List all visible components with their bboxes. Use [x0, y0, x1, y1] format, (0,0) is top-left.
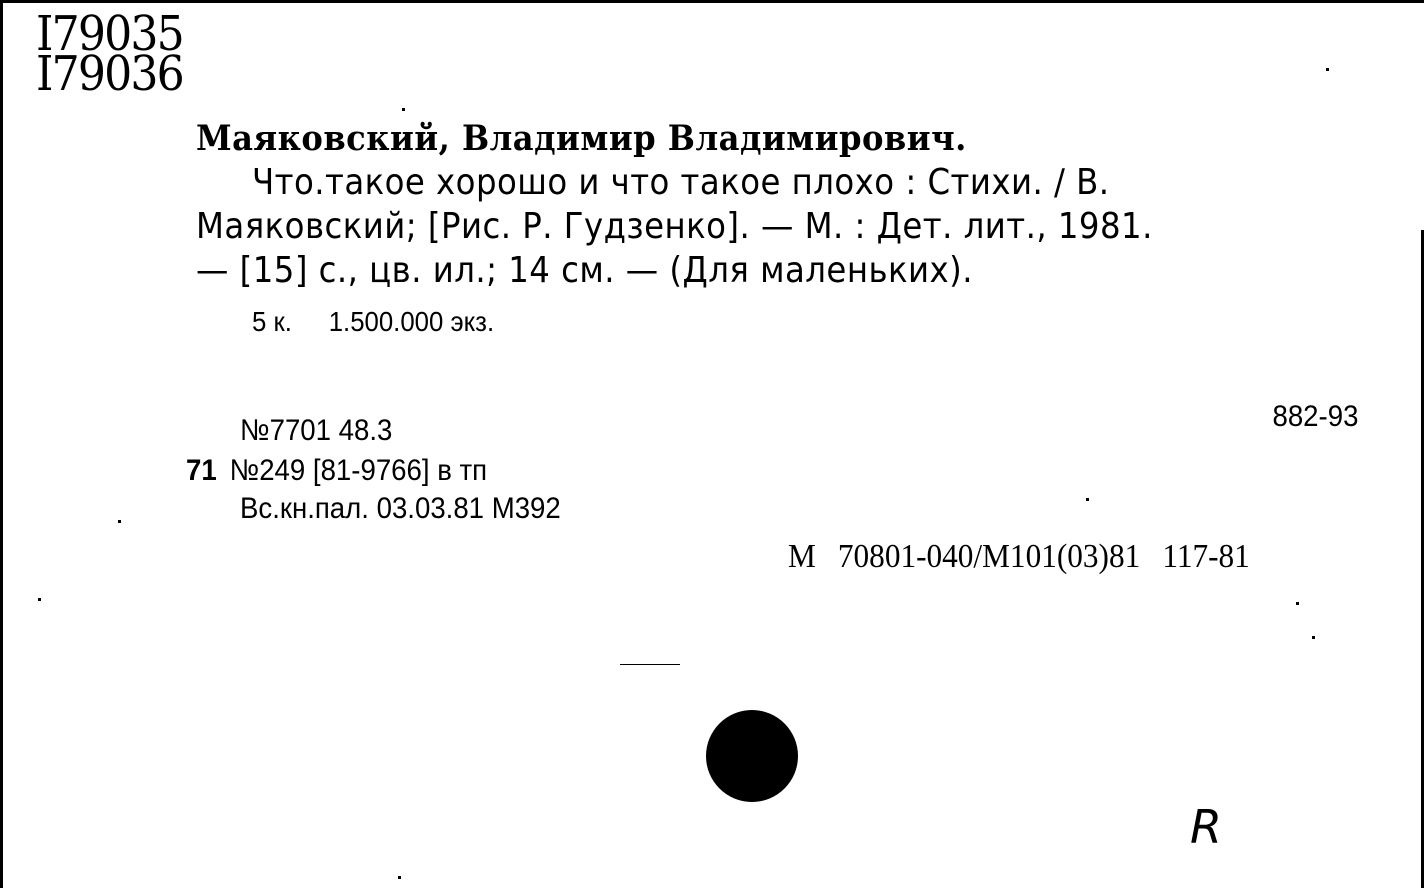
scan-speck: [1312, 636, 1315, 639]
scan-speck: [620, 664, 680, 665]
author-heading: Маяковский, Владимир Владимирович.: [196, 118, 967, 159]
record-number: №7701 48.3: [240, 414, 392, 448]
price: 5 к.: [252, 306, 292, 337]
code-prefix: М: [788, 538, 816, 575]
scan-speck: [1296, 602, 1299, 605]
inventory-number: I79036: [36, 54, 183, 94]
card-top-edge: [0, 0, 1424, 3]
scan-speck: [402, 108, 405, 111]
publication-code: М70801-040/М101(03)81117-81: [788, 538, 1250, 576]
print-run: 1.500.000 экз.: [329, 306, 494, 337]
price-print-run: 5 к.1.500.000 экз.: [252, 306, 531, 338]
scan-speck: [398, 876, 401, 879]
description-line: Маяковский; [Рис. Р. Гудзенко]. — М. : Д…: [196, 206, 1153, 247]
registration-prefix: 71: [186, 454, 217, 487]
code-suffix: 117-81: [1162, 538, 1249, 575]
scan-speck: [1086, 498, 1089, 501]
scan-speck: [118, 520, 121, 523]
registration-line: 71№249 [81-9766] в тп: [186, 454, 487, 488]
description-line: Что.такое хорошо и что такое плохо : Сти…: [252, 162, 1110, 203]
scan-speck: [1326, 68, 1329, 71]
card-left-edge: [0, 0, 3, 888]
handwritten-initials: R: [1190, 800, 1222, 854]
scan-speck: [38, 598, 41, 601]
book-chamber-record: Вс.кн.пал. 03.03.81 М392: [240, 492, 561, 526]
punch-hole: [706, 710, 798, 802]
code-main: 70801-040/М101(03)81: [838, 538, 1140, 575]
description-line: — [15] с., цв. ил.; 14 см. — (Для малень…: [196, 250, 973, 291]
classification-code: 882-93: [1272, 400, 1358, 434]
registration-details: №249 [81-9766] в тп: [230, 454, 488, 487]
inventory-numbers: I79035 I79036: [36, 14, 183, 94]
